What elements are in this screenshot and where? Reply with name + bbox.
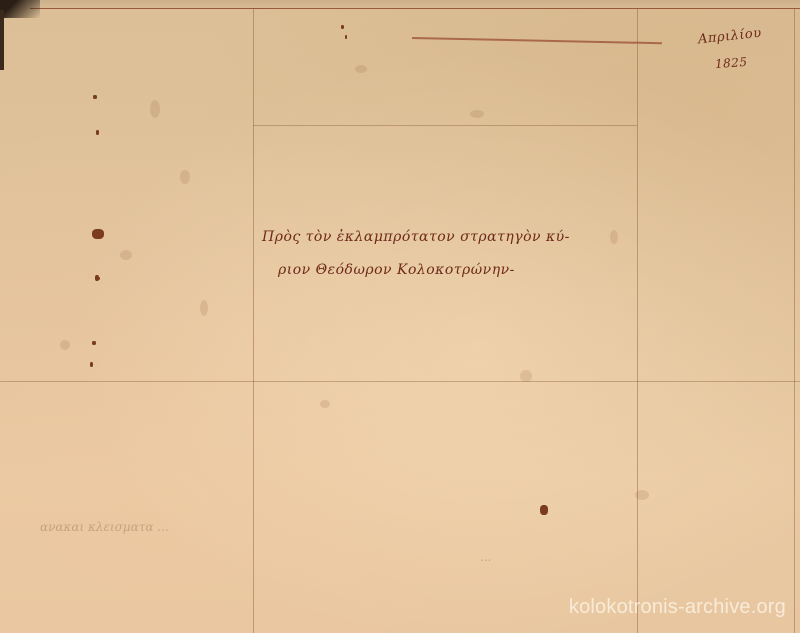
- ink-stain: [540, 505, 548, 515]
- ink-bleed: [520, 370, 532, 382]
- fold-line-vertical-right: [637, 8, 638, 633]
- ink-stain: [93, 95, 97, 99]
- ink-stain: [345, 35, 347, 39]
- ink-stain: [92, 341, 96, 345]
- letter-paper: Απριλίου 1825 Πρὸς τὸν ἐκλαμπρότατον στρ…: [0, 0, 800, 633]
- ink-stain: [92, 229, 104, 239]
- ink-bleed: [320, 400, 330, 408]
- ink-stain: [96, 130, 99, 135]
- ink-bleed: [200, 300, 208, 316]
- ink-bleed: [635, 490, 649, 500]
- bleedthrough-text: ...: [480, 550, 491, 564]
- fold-line-horizontal-middle: [0, 381, 800, 382]
- ink-bleed: [60, 340, 70, 350]
- watermark: kolokotronis-archive.org: [569, 596, 786, 619]
- ink-bleed: [150, 100, 160, 118]
- ink-stain: [95, 275, 99, 281]
- crease-mark: [412, 37, 662, 44]
- address-line-1: Πρὸς τὸν ἐκλαμπρότατον στρατηγὸν κύ-: [262, 229, 570, 245]
- fold-line-vertical-left: [253, 8, 254, 633]
- torn-corner: [0, 0, 40, 18]
- docket-month: Απριλίου: [697, 26, 762, 48]
- fold-line-vertical-far-right: [794, 8, 795, 633]
- ink-bleed: [355, 65, 367, 73]
- ink-bleed: [470, 110, 484, 118]
- folded-top-edge: [30, 0, 800, 9]
- ink-stain: [341, 25, 344, 29]
- address-line-2: ριον Θεόδωρον Κολοκοτρώνην-: [278, 262, 515, 278]
- fold-line-horizontal-top: [253, 125, 637, 126]
- ink-bleed: [180, 170, 190, 184]
- ink-bleed: [120, 250, 132, 260]
- docket-year: 1825: [715, 55, 748, 71]
- ink-bleed: [610, 230, 618, 244]
- torn-left-edge: [0, 10, 4, 70]
- ink-stain: [90, 362, 93, 367]
- bleedthrough-text: ανακαι κλεισματα ...: [40, 520, 169, 534]
